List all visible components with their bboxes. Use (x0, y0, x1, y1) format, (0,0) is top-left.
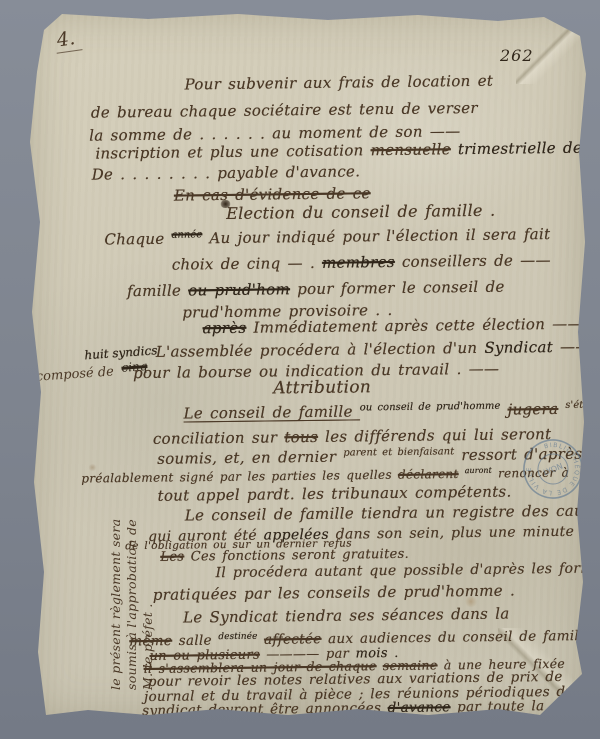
text-segment: L'assemblée procédera à l'élection d'un (156, 339, 485, 361)
manuscript-line: syndicat devront être annoncées d'avance… (142, 698, 600, 719)
text-segment: auront (465, 466, 492, 475)
manuscript-line: tout appel pardt. les tribunaux compéten… (157, 484, 511, 505)
text-segment: mensuelle (371, 140, 451, 159)
manuscript-paper: 4. 262 Pour subvenir aux frais de locati… (28, 12, 588, 718)
photo-background: 4. 262 Pour subvenir aux frais de locati… (0, 0, 600, 739)
text-segment: s'établira au premier ressort (565, 398, 600, 411)
text-segment: syndicat devront être annoncées (142, 700, 388, 719)
text-segment: tous (284, 428, 318, 446)
text-segment: Les (160, 550, 184, 565)
text-segment: d'avance (388, 699, 451, 716)
text-segment: par toute la société . (450, 697, 600, 715)
text-segment: Syndicat (484, 338, 553, 357)
manuscript-line: choix de cinq — . membres conseillers de… (172, 252, 551, 273)
text-segment: Le Syndicat tiendra ses séances dans la (183, 605, 510, 627)
text-segment: Au jour indiqué pour l'élection il sera … (202, 225, 550, 247)
text-segment: ou prud'hom (188, 280, 290, 299)
text-segment: parent et bienfaisant (343, 446, 454, 458)
manuscript-line: Le Syndicat tiendra ses séances dans la (183, 606, 510, 626)
text-segment: jugera (507, 400, 558, 419)
vertical-margin-note-line: le présent règlement sera (108, 468, 124, 690)
text-segment: déclarent (398, 467, 459, 482)
text-segment: conseillers de —— (395, 251, 551, 271)
text-segment: Le conseil de famille (183, 402, 359, 422)
manuscript-line: conciliation sur tous les différends qui… (153, 426, 552, 447)
text-segment: Pour subvenir aux frais de location et (184, 72, 493, 94)
text-segment: Chaque (104, 230, 171, 249)
text-segment: choix de cinq — . (172, 254, 323, 274)
vertical-margin-note: le présent règlement serasoumis à l'appr… (108, 468, 156, 690)
manuscript-line: Pour subvenir aux frais de location et (184, 73, 493, 93)
text-segment: —— (553, 338, 591, 356)
margin-note-struck: cinq (121, 359, 148, 375)
text-segment: Election du conseil de famille . (226, 201, 496, 223)
manuscript-line: Chaque année Au jour indiqué pour l'élec… (104, 226, 550, 248)
manuscript-line: L'assemblée procédera à l'élection d'un … (156, 339, 591, 361)
manuscript-line: famille ou prud'hom pour former le conse… (127, 279, 505, 300)
text-segment: affectée (264, 631, 322, 648)
text-segment: trimestrielle de (451, 139, 582, 159)
text-segment: En cas d'évidence de ce (174, 184, 371, 204)
text-segment: après (202, 319, 246, 338)
manuscript-line: de bureau chaque sociétaire est tenu de … (91, 100, 478, 121)
text-segment: conciliation sur (153, 428, 285, 448)
text-segment: les différends qui lui seront (318, 425, 552, 446)
manuscript-line: De . . . . . . . . payable d'avance. (92, 163, 361, 183)
text-segment: De . . . . . . . . payable d'avance. (92, 162, 361, 183)
vertical-margin-note-line: M. le préfet . (140, 468, 156, 690)
stamp-center-text: LYON (542, 462, 564, 478)
text-segment: famille (127, 281, 188, 300)
text-segment: destinée (218, 632, 257, 642)
text-segment: année (171, 229, 202, 240)
manuscript-line: Attribution (273, 378, 371, 398)
manuscript-line: Le conseil de famille ou conseil de prud… (183, 398, 600, 422)
text-segment: Ces fonctions seront gratuites. (184, 547, 409, 565)
manuscript-line: après Immédiatement après cette élection… (202, 316, 582, 337)
text-segment: soumis, et, en dernier (157, 448, 343, 468)
text-segment: ou conseil de prud'homme (360, 401, 501, 414)
text-segment: Attribution (273, 377, 371, 398)
text-segment: pour former le conseil de (290, 278, 505, 299)
text-segment: salle (172, 632, 218, 649)
text-segment: pratiquées par les conseils de prud'homm… (153, 581, 515, 603)
manuscript-line: pratiquées par les conseils de prud'homm… (153, 582, 515, 603)
text-segment: tout appel pardt. les tribunaux compéten… (157, 483, 511, 505)
text-segment: aux audiences du conseil de famille (321, 628, 592, 647)
text-segment: Immédiatement après cette élection —— (246, 315, 583, 337)
manuscript-line: Election du conseil de famille . (226, 202, 496, 223)
text-segment: Il procédera autant que possible d'après… (215, 560, 600, 581)
vertical-margin-note-line: soumis à l'approbation de (124, 468, 140, 690)
manuscript-line: En cas d'évidence de ce (174, 185, 371, 204)
text-segment: inscription et plus une cotisation (95, 141, 370, 162)
text-segment: dans son sein, plus une minute rédigée d… (329, 523, 600, 543)
text-segment: membres (322, 253, 395, 272)
text-segment: de bureau chaque sociétaire est tenu de … (91, 99, 478, 122)
manuscript-line: inscription et plus une cotisation mensu… (95, 140, 582, 162)
manuscript-line: Il procédera autant que possible d'après… (215, 561, 600, 581)
